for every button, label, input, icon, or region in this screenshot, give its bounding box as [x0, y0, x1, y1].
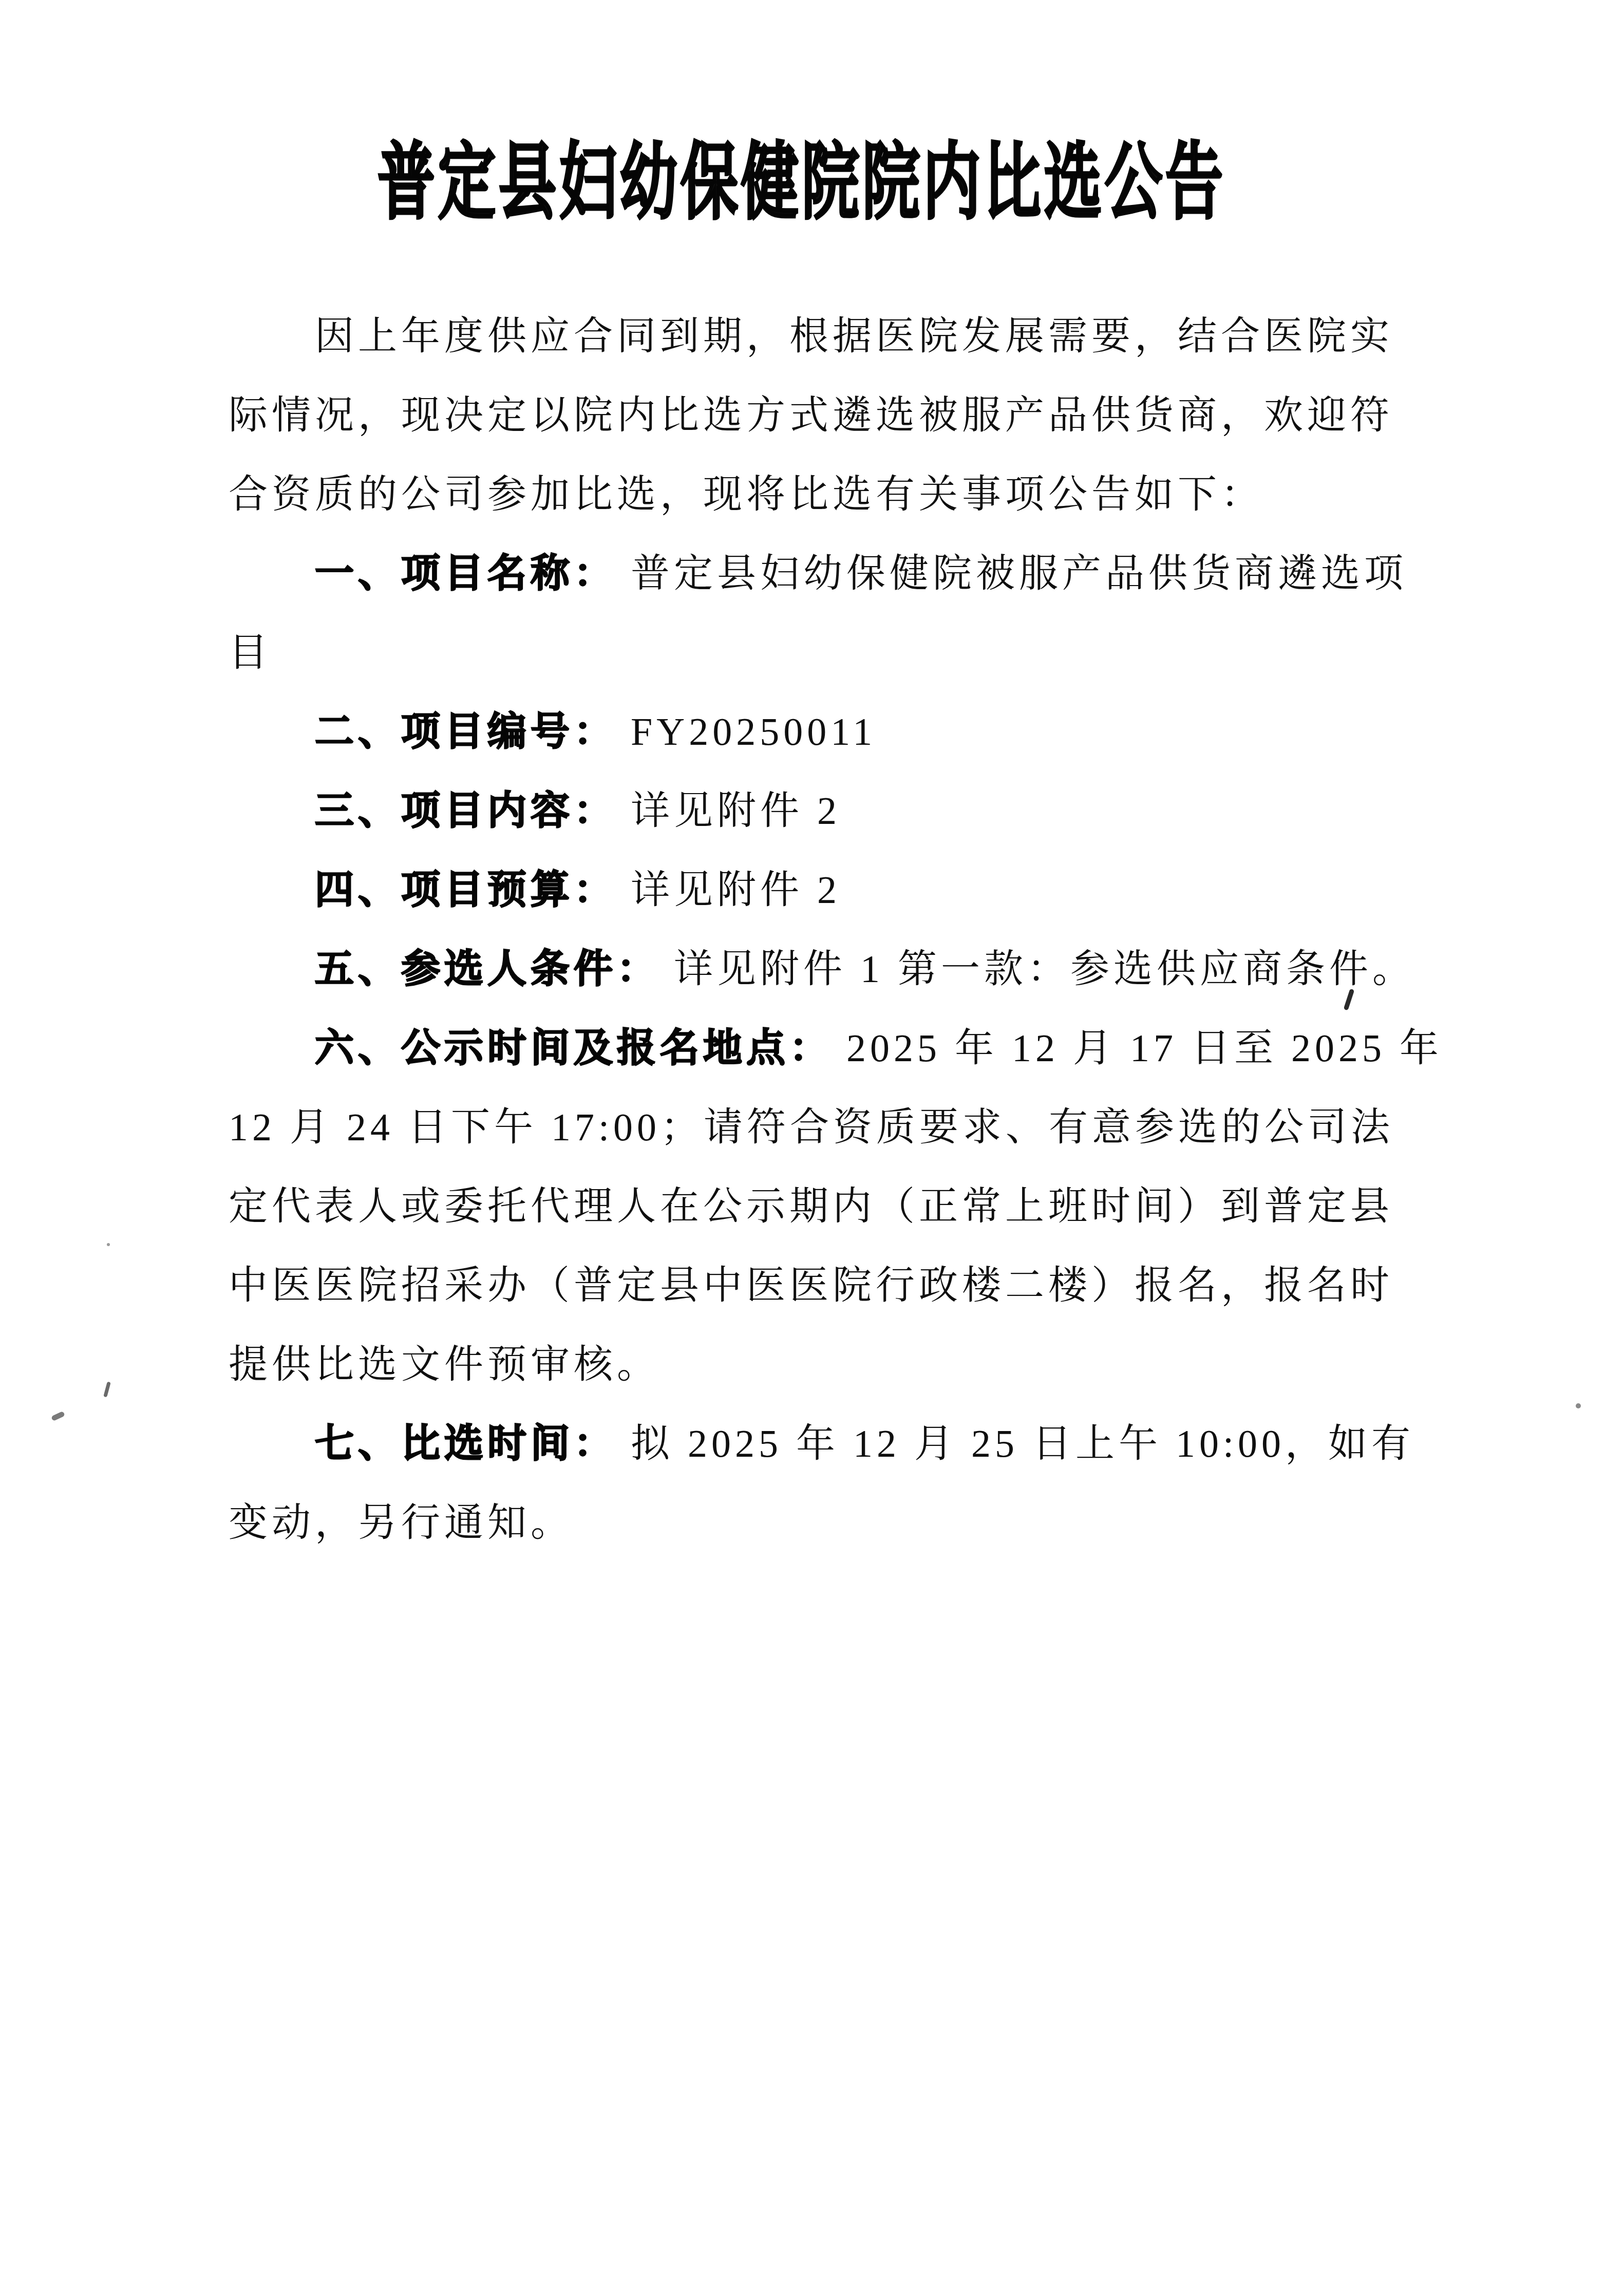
line-text: FY20250011	[631, 710, 876, 754]
document-title: 普定县妇幼保健院院内比选公告	[229, 140, 1375, 230]
line-text: 详见附件 1 第一款：参选供应商条件。	[674, 948, 1415, 991]
line-text: 普定县妇幼保健院被服产品供货商遴选项	[631, 552, 1407, 595]
line-bold-label: 六、公示时间及报名地点：	[315, 1026, 833, 1070]
text-line: 因上年度供应合同到期，根据医院发展需要，结合医院实	[229, 297, 1375, 376]
text-line: 四、项目预算： 详见附件 2	[229, 851, 1375, 930]
text-line: 二、项目编号： FY20250011	[229, 692, 1375, 772]
line-bold-label: 二、项目编号：	[315, 710, 617, 754]
line-bold-label: 五、参选人条件：	[315, 947, 660, 991]
scan-speck	[1576, 1403, 1581, 1408]
text-line: 六、公示时间及报名地点： 2025 年 12 月 17 日至 2025 年	[229, 1009, 1375, 1088]
line-bold-label: 一、项目名称：	[315, 552, 617, 595]
text-line: 五、参选人条件： 详见附件 1 第一款：参选供应商条件。	[229, 930, 1375, 1009]
line-text: 详见附件 2	[631, 789, 841, 833]
line-text: 目	[229, 631, 272, 674]
document-title-text: 普定县妇幼保健院院内比选公告	[377, 117, 1226, 248]
text-line: 三、项目内容： 详见附件 2	[229, 772, 1375, 851]
text-line: 目	[229, 613, 1375, 692]
line-text: 12 月 24 日下午 17:00；请符合资质要求、有意参选的公司法	[229, 1106, 1394, 1149]
text-line: 变动，另行通知。	[229, 1483, 1375, 1563]
line-text: 详见附件 2	[631, 869, 841, 912]
line-text: 变动，另行通知。	[229, 1501, 574, 1545]
text-line: 中医医院招采办（普定县中医医院行政楼二楼）报名，报名时	[229, 1246, 1375, 1325]
line-text: 定代表人或委托代理人在公示期内（正常上班时间）到普定县	[229, 1185, 1393, 1228]
scan-speck	[107, 1243, 110, 1246]
line-text: 际情况，现决定以院内比选方式遴选被服产品供货商，欢迎符	[229, 394, 1393, 437]
text-line: 定代表人或委托代理人在公示期内（正常上班时间）到普定县	[229, 1167, 1375, 1246]
line-text: 中医医院招采办（普定县中医医院行政楼二楼）报名，报名时	[229, 1264, 1393, 1307]
line-text: 合资质的公司参加比选，现将比选有关事项公告如下：	[229, 473, 1264, 516]
scan-speck	[103, 1382, 111, 1398]
document-content: 普定县妇幼保健院院内比选公告 因上年度供应合同到期，根据医院发展需要，结合医院实…	[229, 0, 1375, 1563]
text-line: 提供比选文件预审核。	[229, 1325, 1375, 1404]
line-text: 提供比选文件预审核。	[229, 1343, 660, 1386]
text-line: 一、项目名称： 普定县妇幼保健院被服产品供货商遴选项	[229, 534, 1375, 613]
line-bold-label: 三、项目内容：	[315, 789, 617, 833]
scan-speck	[51, 1411, 65, 1421]
text-line: 12 月 24 日下午 17:00；请符合资质要求、有意参选的公司法	[229, 1088, 1375, 1167]
line-text: 拟 2025 年 12 月 25 日上午 10:00，如有	[631, 1422, 1414, 1465]
line-bold-label: 七、比选时间：	[315, 1422, 617, 1465]
text-line: 七、比选时间： 拟 2025 年 12 月 25 日上午 10:00，如有	[229, 1404, 1375, 1483]
text-line: 际情况，现决定以院内比选方式遴选被服产品供货商，欢迎符	[229, 376, 1375, 455]
scanned-document-page: 普定县妇幼保健院院内比选公告 因上年度供应合同到期，根据医院发展需要，结合医院实…	[0, 0, 1624, 2295]
text-line: 合资质的公司参加比选，现将比选有关事项公告如下：	[229, 455, 1375, 534]
line-text: 因上年度供应合同到期，根据医院发展需要，结合医院实	[315, 315, 1393, 358]
line-text: 2025 年 12 月 17 日至 2025 年	[846, 1027, 1443, 1070]
line-bold-label: 四、项目预算：	[315, 868, 617, 912]
document-body: 因上年度供应合同到期，根据医院发展需要，结合医院实 际情况，现决定以院内比选方式…	[229, 297, 1375, 1563]
